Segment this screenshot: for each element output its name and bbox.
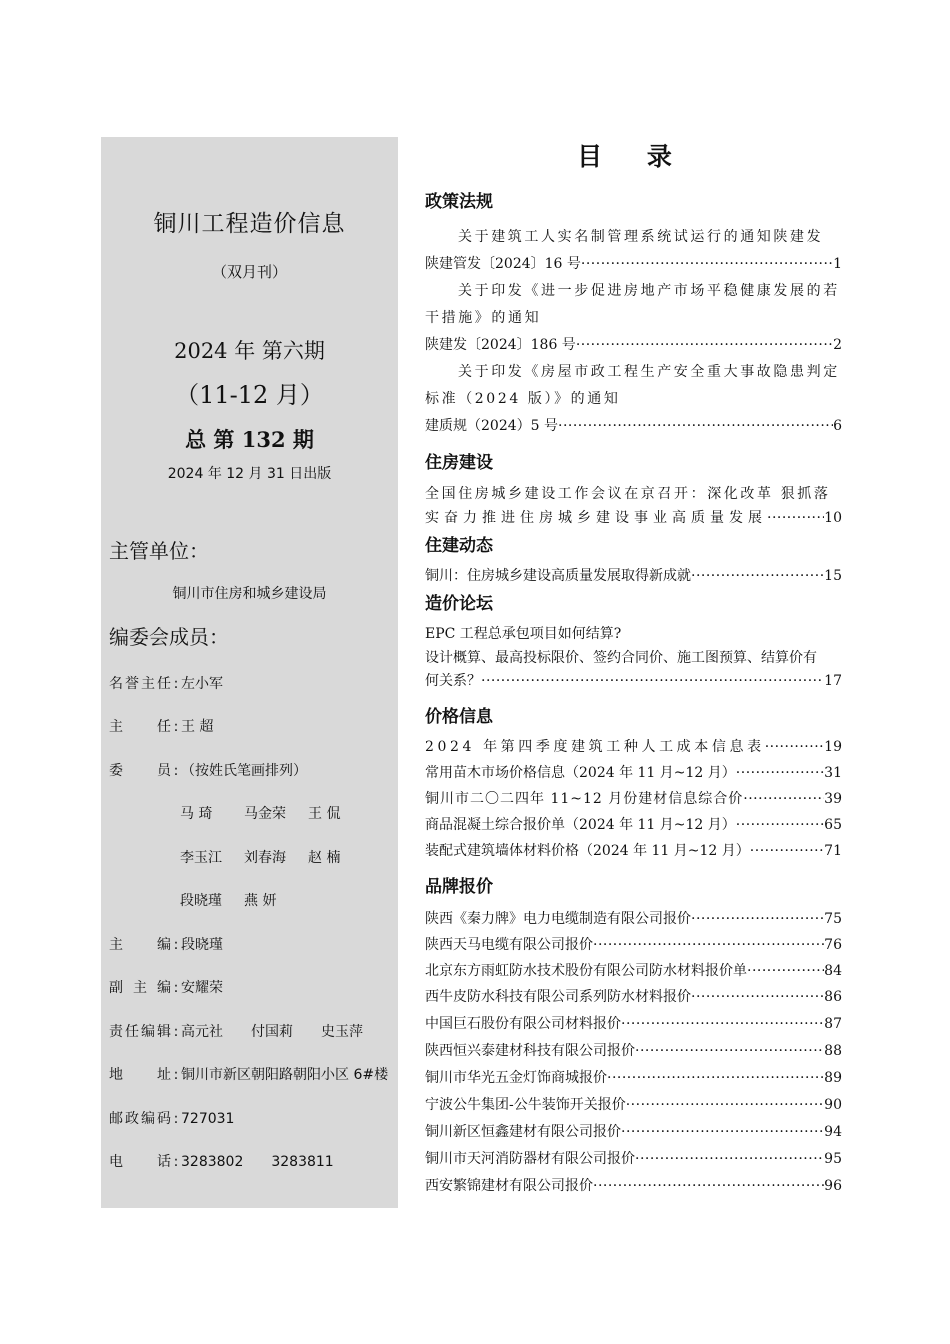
row-label: 委员	[109, 760, 171, 780]
page-number: 65	[824, 817, 842, 833]
toc-entry-line: 关于印发《房屋市政工程生产安全重大事故隐患判定	[425, 361, 842, 381]
page-number: 87	[824, 1016, 842, 1032]
row-label: 地址	[109, 1064, 171, 1084]
toc-entry-text: 铜川：住房城乡建设高质量发展取得新成就	[425, 565, 691, 585]
toc-entry-text: 北京东方雨虹防水技术股份有限公司防水材料报价单	[425, 960, 747, 980]
toc-entry[interactable]: 陕西《秦力牌》电力电缆制造有限公司报价75	[425, 908, 842, 928]
row-value: 3283811	[271, 1154, 333, 1170]
row-label: 主任	[109, 716, 171, 736]
row-value: 左小军	[181, 673, 223, 693]
row-value: 铜川市新区朝阳路朝阳小区 6#楼	[181, 1064, 388, 1084]
committee-heading: 编委会成员：	[109, 621, 229, 650]
supervisor-heading: 主管单位：	[109, 535, 209, 564]
toc-entry[interactable]: 西安繁锦建材有限公司报价96	[425, 1175, 842, 1195]
page-number: 6	[833, 418, 842, 434]
toc-entry-line: 干措施》的通知	[425, 307, 842, 327]
phone-row: 电话:32838023283811	[109, 1151, 334, 1171]
toc-entry[interactable]: 陕西恒兴泰建材科技有限公司报价88	[425, 1040, 842, 1060]
toc-entry-text: 常用苗木市场价格信息（2024 年 11 月~12 月）	[425, 762, 736, 782]
page-number: 89	[824, 1070, 842, 1086]
toc-entry[interactable]: 陕建发〔2024〕186 号2	[425, 334, 842, 354]
leader-dots	[635, 1043, 824, 1059]
page-number: 88	[824, 1043, 842, 1059]
page-number: 15	[824, 568, 842, 584]
section-heading: 造价论坛	[425, 589, 493, 614]
page-number: 19	[824, 739, 842, 755]
toc-entry-text: 陕西恒兴泰建材科技有限公司报价	[425, 1040, 635, 1060]
page-number: 17	[824, 673, 842, 689]
row-label: 电话	[109, 1151, 171, 1171]
page-number: 90	[824, 1097, 842, 1113]
section-heading: 品牌报价	[425, 872, 493, 897]
toc-entry[interactable]: 陕建管发〔2024〕16 号1	[425, 253, 842, 273]
member-name: 段晓瑾	[180, 890, 244, 910]
issue-number: 2024 年 第六期	[101, 335, 398, 365]
toc-entry[interactable]: 铜川：住房城乡建设高质量发展取得新成就15	[425, 565, 842, 585]
page-number: 94	[824, 1124, 842, 1140]
toc-entry[interactable]: 商品混凝土综合报价单（2024 年 11 月~12 月）65	[425, 814, 842, 834]
toc-entry-text: 铜川市二〇二四年 11~12 月份建材信息综合价	[425, 788, 743, 808]
page-number: 31	[824, 765, 842, 781]
row-value: 段晓瑾	[181, 934, 223, 954]
postcode-row: 邮政编码:727031	[109, 1108, 234, 1128]
toc-entry[interactable]: 北京东方雨虹防水技术股份有限公司防水材料报价单84	[425, 960, 842, 980]
toc-entry-line: 关于建筑工人实名制管理系统试运行的通知陕建发	[425, 226, 842, 246]
member-name: 赵 楠	[308, 847, 372, 867]
leader-dots	[747, 963, 824, 979]
toc-entry-text: 中国巨石股份有限公司材料报价	[425, 1013, 621, 1033]
member-name: 王 侃	[308, 803, 372, 823]
toc-entry-text: 西安繁锦建材有限公司报价	[425, 1175, 593, 1195]
toc-entry[interactable]: 何关系？17	[425, 670, 842, 690]
toc-entry-text: 装配式建筑墙体材料价格（2024 年 11 月~12 月）	[425, 840, 750, 860]
member-name: 燕 妍	[244, 890, 308, 910]
deputy-editor-row: 副主编:安耀荣	[109, 977, 223, 997]
honorary-director-row: 名誉主任:左小军	[109, 673, 223, 693]
toc-entry-text: 何关系？	[425, 670, 481, 690]
leader-dots	[576, 337, 833, 353]
toc-entry-line: EPC 工程总承包项目如何结算?	[425, 623, 842, 643]
leader-dots	[558, 418, 833, 434]
toc-entry[interactable]: 铜川市天河消防器材有限公司报价95	[425, 1148, 842, 1168]
members-list-row-2: 李玉江刘春海赵 楠	[180, 847, 372, 867]
toc-entry-text: 西牛皮防水科技有限公司系列防水材料报价	[425, 986, 691, 1006]
masthead-panel: 铜川工程造价信息 （双月刊） 2024 年 第六期 （11-12 月） 总 第 …	[101, 137, 398, 1208]
section-heading: 价格信息	[425, 702, 493, 727]
leader-dots	[593, 1178, 824, 1194]
members-row: 委员:（按姓氏笔画排列）	[109, 760, 307, 780]
toc-entry[interactable]: 宁波公牛集团-公牛装饰开关报价90	[425, 1094, 842, 1114]
toc-entry[interactable]: 建质规（2024）5 号6	[425, 415, 842, 435]
page-number: 71	[824, 843, 842, 859]
toc-entry-text: 陕西《秦力牌》电力电缆制造有限公司报价	[425, 908, 691, 928]
leader-dots	[607, 1070, 824, 1086]
row-value: 付国莉	[251, 1021, 293, 1041]
leader-dots	[635, 1151, 824, 1167]
row-label: 名誉主任	[109, 673, 171, 693]
row-label: 副主编	[109, 977, 171, 997]
issue-months: （11-12 月）	[101, 375, 398, 410]
chief-editor-row: 主编:段晓瑾	[109, 934, 223, 954]
leader-dots	[621, 1016, 824, 1032]
members-list-row-3: 段晓瑾燕 妍	[180, 890, 308, 910]
members-list-row-1: 马 琦马金荣王 侃	[180, 803, 372, 823]
page-number: 1	[833, 256, 842, 272]
page-number: 76	[824, 937, 842, 953]
toc-entry-text: 陕西天马电缆有限公司报价	[425, 934, 593, 954]
row-value: 3283802	[181, 1154, 243, 1170]
row-label: 责任编辑	[109, 1021, 171, 1041]
leader-dots	[626, 1097, 824, 1113]
leader-dots	[743, 791, 824, 807]
member-name: 李玉江	[180, 847, 244, 867]
leader-dots	[581, 256, 833, 272]
toc-entry[interactable]: 西牛皮防水科技有限公司系列防水材料报价86	[425, 986, 842, 1006]
toc-entry[interactable]: 中国巨石股份有限公司材料报价87	[425, 1013, 842, 1033]
publish-date: 2024 年 12 月 31 日出版	[101, 463, 398, 483]
page-number: 10	[824, 510, 842, 526]
row-label: 主编	[109, 934, 171, 954]
page-number: 39	[824, 791, 842, 807]
issue-total: 总 第 132 期	[101, 424, 398, 454]
row-value: （按姓氏笔画排列）	[181, 760, 307, 780]
leader-dots	[593, 937, 824, 953]
journal-frequency: （双月刊）	[101, 261, 398, 282]
toc-entry[interactable]: 陕西天马电缆有限公司报价76	[425, 934, 842, 954]
leader-dots	[750, 843, 824, 859]
toc-entry-text: 商品混凝土综合报价单（2024 年 11 月~12 月）	[425, 814, 736, 834]
toc-entry[interactable]: 常用苗木市场价格信息（2024 年 11 月~12 月）31	[425, 762, 842, 782]
row-value: 高元社	[181, 1021, 223, 1041]
leader-dots	[691, 911, 824, 927]
leader-dots	[621, 1124, 824, 1140]
toc-entry-line: 全国住房城乡建设工作会议在京召开：深化改革 狠抓落	[425, 483, 842, 503]
toc-entry-text: 宁波公牛集团-公牛装饰开关报价	[425, 1094, 626, 1114]
page-number: 84	[824, 963, 842, 979]
page-number: 86	[824, 989, 842, 1005]
section-heading: 住房建设	[425, 448, 493, 473]
toc-entry-text: 铜川市天河消防器材有限公司报价	[425, 1148, 635, 1168]
toc-entry[interactable]: 铜川市华光五金灯饰商城报价89	[425, 1067, 842, 1087]
toc-entry-line: 标准（2024 版）》的通知	[425, 388, 842, 408]
page-number: 95	[824, 1151, 842, 1167]
toc-entry-line: 关于印发《进一步促进房地产市场平稳健康发展的若	[425, 280, 842, 300]
leader-dots	[765, 739, 824, 755]
leader-dots	[691, 568, 824, 584]
director-row: 主任:王 超	[109, 716, 213, 736]
toc-entry-text: 铜川新区恒鑫建材有限公司报价	[425, 1121, 621, 1141]
toc-entry-text: 铜川市华光五金灯饰商城报价	[425, 1067, 607, 1087]
leader-dots	[481, 673, 824, 689]
member-name: 马 琦	[180, 803, 244, 823]
page-number: 96	[824, 1178, 842, 1194]
toc-entry-text: 陕建管发〔2024〕16 号	[425, 253, 581, 273]
row-value: 727031	[181, 1111, 234, 1127]
row-value: 安耀荣	[181, 977, 223, 997]
toc-entry[interactable]: 实奋力推进住房城乡建设事业高质量发展10	[425, 507, 842, 527]
page-number: 75	[824, 911, 842, 927]
toc-entry[interactable]: 铜川新区恒鑫建材有限公司报价94	[425, 1121, 842, 1141]
toc-entry-text: 陕建发〔2024〕186 号	[425, 334, 576, 354]
member-name: 马金荣	[244, 803, 308, 823]
responsible-editors-row: 责任编辑:高元社付国莉史玉萍	[109, 1021, 363, 1041]
leader-dots	[736, 817, 824, 833]
toc-entry-text: 建质规（2024）5 号	[425, 415, 558, 435]
toc-title: 目 录	[425, 137, 842, 173]
toc-entry-line: 设计概算、最高投标限价、签约合同价、施工图预算、结算价有	[425, 647, 842, 667]
row-value: 史玉萍	[321, 1021, 363, 1041]
leader-dots	[736, 765, 824, 781]
toc-entry[interactable]: 装配式建筑墙体材料价格（2024 年 11 月~12 月）71	[425, 840, 842, 860]
row-value: 王 超	[181, 716, 213, 736]
row-label: 邮政编码	[109, 1108, 171, 1128]
section-heading: 政策法规	[425, 187, 493, 212]
journal-title: 铜川工程造价信息	[101, 205, 398, 238]
leader-dots	[691, 989, 824, 1005]
address-row: 地址:铜川市新区朝阳路朝阳小区 6#楼	[109, 1064, 388, 1084]
toc-entry-text: 2024 年第四季度建筑工种人工成本信息表	[425, 736, 765, 756]
toc-entry[interactable]: 铜川市二〇二四年 11~12 月份建材信息综合价39	[425, 788, 842, 808]
toc-entry[interactable]: 2024 年第四季度建筑工种人工成本信息表19	[425, 736, 842, 756]
toc-entry-text: 实奋力推进住房城乡建设事业高质量发展	[425, 507, 767, 527]
section-heading: 住建动态	[425, 531, 493, 556]
leader-dots	[767, 510, 824, 526]
supervisor-name: 铜川市住房和城乡建设局	[101, 583, 398, 603]
member-name: 刘春海	[244, 847, 308, 867]
page-number: 2	[833, 337, 842, 353]
